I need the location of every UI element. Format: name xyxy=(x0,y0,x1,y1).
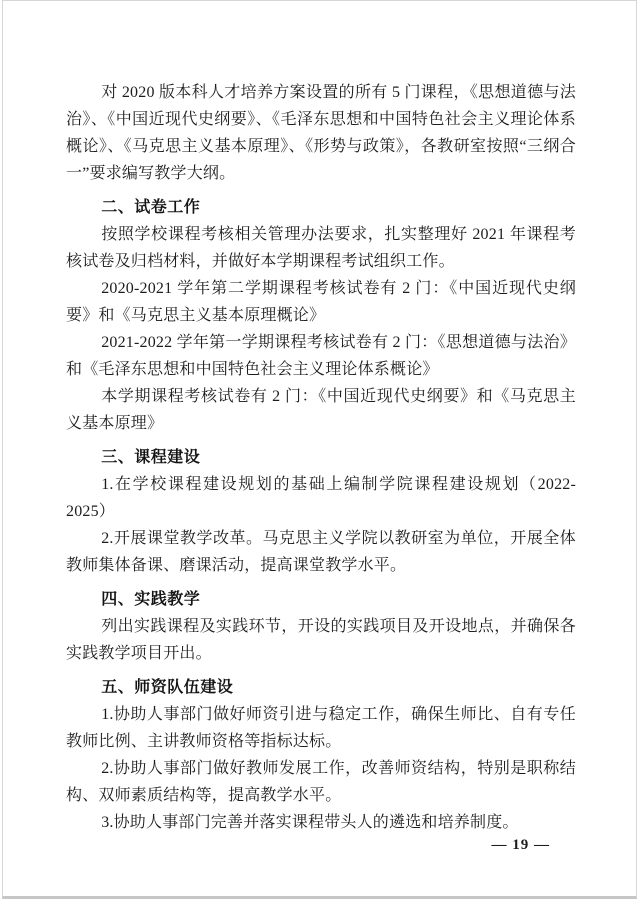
section-heading-exam-papers: 二、试卷工作 xyxy=(66,194,576,221)
paragraph-exam-archiving: 按照学校课程考核相关管理办法要求，扎实整理好 2021 年课程考核试卷及归档材料… xyxy=(66,221,576,275)
page-number: — 19 — xyxy=(492,837,551,854)
document-page: 对 2020 版本科人才培养方案设置的所有 5 门课程，《思想道德与法治》、《中… xyxy=(2,0,637,899)
section-heading-faculty-building: 五、师资队伍建设 xyxy=(66,674,576,701)
section-heading-practice-teaching: 四、实践教学 xyxy=(66,586,576,613)
paragraph-faculty-development: 2.协助人事部门做好教师发展工作，改善师资结构，特别是职称结构、双师素质结构等，… xyxy=(66,755,576,809)
paragraph-course-plan: 1.在学校课程建设规划的基础上编制学院课程建设规划（2022-2025） xyxy=(66,471,576,525)
paragraph-current-term-exams: 本学期课程考核试卷有 2 门：《中国近现代史纲要》和《马克思主义基本原理》 xyxy=(66,383,576,437)
document-body: 对 2020 版本科人才培养方案设置的所有 5 门课程，《思想道德与法治》、《中… xyxy=(66,79,576,836)
paragraph-course-leader-system: 3.协助人事部门完善并落实课程带头人的遴选和培养制度。 xyxy=(66,809,576,836)
paragraph-practice-projects: 列出实践课程及实践环节，开设的实践项目及开设地点，并确保各实践教学项目开出。 xyxy=(66,613,576,667)
paragraph-teaching-reform: 2.开展课堂教学改革。马克思主义学院以教研室为单位，开展全体教师集体备课、磨课活… xyxy=(66,525,576,579)
paragraph-faculty-recruiting: 1.协助人事部门做好师资引进与稳定工作，确保生师比、自有专任教师比例、主讲教师资… xyxy=(66,701,576,755)
section-heading-course-building: 三、课程建设 xyxy=(66,444,576,471)
paragraph-2021-2022-exams: 2021-2022 学年第一学期课程考核试卷有 2 门：《思想道德与法治》和《毛… xyxy=(66,329,576,383)
paragraph-2020-2021-exams: 2020-2021 学年第二学期课程考核试卷有 2 门：《中国近现代史纲要》和《… xyxy=(66,275,576,329)
paragraph-intro-courses: 对 2020 版本科人才培养方案设置的所有 5 门课程，《思想道德与法治》、《中… xyxy=(66,79,576,187)
